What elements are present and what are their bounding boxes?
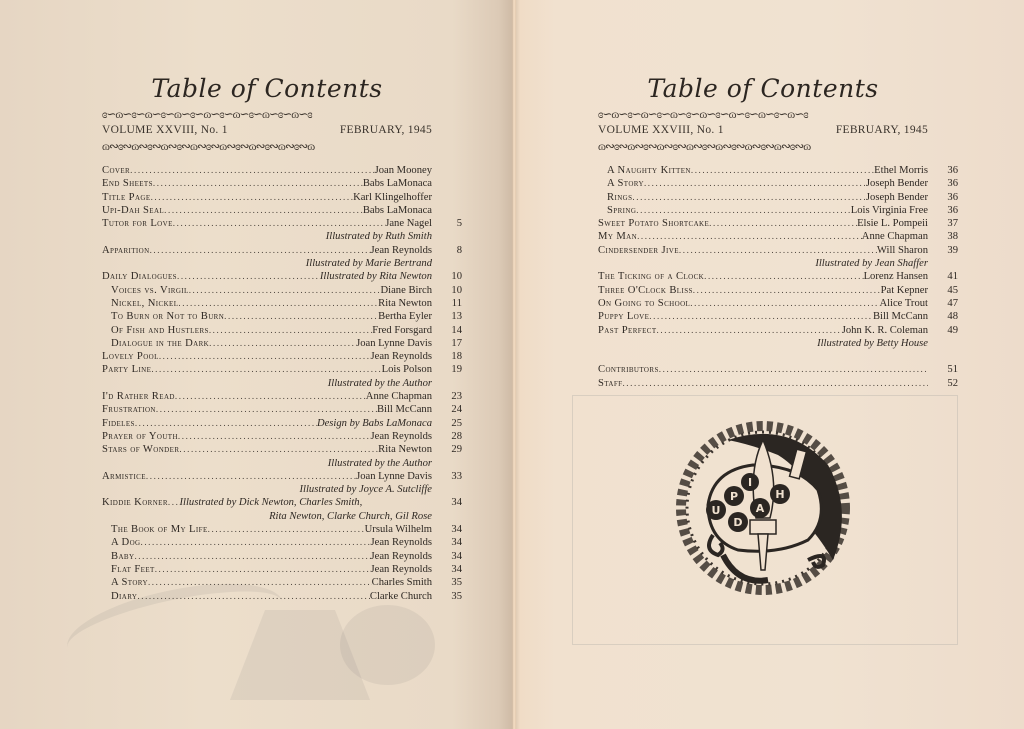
entry-title: A Story: [102, 576, 148, 589]
entry-title: My Man: [598, 230, 637, 243]
page-number: 47: [932, 297, 958, 310]
page-number: 19: [436, 363, 462, 376]
table-of-contents-right: Table of Contents ɞ∽ɷ∽ɞ∽ɷ∽ɞ∽ɷ∽ɞ∽ɷ∽ɞ∽ɷ∽ɞ∽…: [598, 72, 928, 390]
entry-title: To Burn or Not to Burn: [102, 310, 224, 323]
svg-text:P: P: [730, 490, 738, 503]
toc-entry[interactable]: Tutor for Love..........................…: [102, 217, 432, 230]
entry-author: Lorenz Hansen: [864, 270, 928, 283]
page-number: 5: [436, 217, 462, 230]
dot-leader: ........................................…: [224, 310, 378, 323]
entry-author: Jean Reynolds: [371, 550, 433, 563]
entry-title: Upi-Dah Seal: [102, 204, 164, 217]
entry-title: Apparition: [102, 244, 150, 257]
entry-title: Lovely Pool: [102, 350, 159, 363]
toc-entry[interactable]: A Story.................................…: [598, 177, 928, 190]
toc-entry[interactable]: Baby....................................…: [102, 550, 432, 563]
illustration-credit: Illustrated by the Author: [102, 457, 432, 470]
entry-title: A Dog: [102, 536, 140, 549]
page-number: 25: [436, 417, 462, 430]
page-number: 18: [436, 350, 462, 363]
issue-date: FEBRUARY, 1945: [340, 122, 432, 138]
toc-entry[interactable]: A Naughty Kitten........................…: [598, 164, 928, 177]
page-number: 8: [436, 244, 462, 257]
dot-leader: ........................................…: [693, 284, 881, 297]
toc-entry[interactable]: I'd Rather Read.........................…: [102, 390, 432, 403]
masthead: VOLUME XXVIII, No. 1 FEBRUARY, 1945: [598, 122, 928, 138]
ornament-divider-top: ɞ∽ɷ∽ɞ∽ɷ∽ɞ∽ɷ∽ɞ∽ɷ∽ɞ∽ɷ∽ɞ∽ɷ∽ɞ∽ɷ∽ɞ: [102, 108, 432, 120]
entry-author: Joan Lynne Davis: [356, 337, 432, 350]
entry-author: Jean Reynolds: [371, 430, 433, 443]
toc-entry[interactable]: To Burn or Not to Burn..................…: [102, 310, 432, 323]
entry-title: Cover: [102, 164, 130, 177]
toc-entry[interactable]: Stars of Wonder.........................…: [102, 443, 432, 456]
entry-author: Ursula Wilhelm: [365, 523, 432, 536]
dot-leader: ........................................…: [159, 350, 371, 363]
page-number: 24: [436, 403, 462, 416]
toc-entry[interactable]: Contributors............................…: [598, 363, 928, 376]
credit-text: Illustrated by the Author: [328, 377, 432, 390]
ornament-divider-bottom: ɷ∾ɞ∾ɷ∾ɞ∾ɷ∾ɞ∾ɷ∾ɞ∾ɷ∾ɞ∾ɷ∾ɞ∾ɷ∾ɞ∾ɷ: [102, 140, 432, 152]
page-number: 14: [436, 324, 462, 337]
entry-title: Armistice: [102, 470, 146, 483]
page-number: 36: [932, 191, 958, 204]
entry-title: The Book of My Life: [102, 523, 208, 536]
dot-leader: ........................................…: [679, 244, 877, 257]
entry-title: Of Fish and Hustlers: [102, 324, 209, 337]
credit-text: Illustrated by Jean Shaffer: [815, 257, 928, 270]
toc-entry[interactable]: Lovely Pool.............................…: [102, 350, 432, 363]
dot-leader: ........................................…: [709, 217, 857, 230]
credit-text: Illustrated by the Author: [328, 457, 432, 470]
dot-leader: ........................................…: [135, 417, 317, 430]
page-number: 13: [436, 310, 462, 323]
entry-title: Spring: [598, 204, 636, 217]
entry-title: Party Line: [102, 363, 151, 376]
entry-title: Voices vs. Virgil: [102, 284, 189, 297]
toc-entry[interactable]: Frustration.............................…: [102, 403, 432, 416]
page-number: 52: [932, 377, 958, 390]
entry-title: Tutor for Love: [102, 217, 173, 230]
dot-leader: ........................................…: [175, 390, 366, 403]
entry-author: Lois Virginia Free: [851, 204, 928, 217]
svg-text:D: D: [733, 516, 742, 529]
page-number: 34: [436, 536, 462, 549]
page-number: 36: [932, 164, 958, 177]
entry-title: Puppy Love: [598, 310, 649, 323]
entry-title: Kiddie Korner: [102, 496, 168, 509]
toc-entry[interactable]: Title Page..............................…: [102, 191, 432, 204]
dot-leader: ...: [168, 496, 180, 509]
page-number: 10: [436, 270, 462, 283]
dot-leader: ........................................…: [637, 230, 862, 243]
dot-leader: ........................................…: [153, 177, 363, 190]
page-number: 34: [436, 496, 462, 509]
entry-title: A Naughty Kitten: [598, 164, 691, 177]
entry-title: Frustration: [102, 403, 156, 416]
volume-label: VOLUME XXVIII, No. 1: [598, 122, 724, 138]
page-number: 10: [436, 284, 462, 297]
dot-leader: ........................................…: [649, 310, 873, 323]
dot-leader: ........................................…: [130, 164, 374, 177]
toc-entry[interactable]: A Dog...................................…: [102, 536, 432, 549]
page-number: 28: [436, 430, 462, 443]
dot-leader: ........................................…: [148, 576, 372, 589]
entry-author: Diane Birch: [381, 284, 432, 297]
entry-author: Joan Mooney: [375, 164, 432, 177]
dot-leader: ........................................…: [632, 191, 866, 204]
page-number: 29: [436, 443, 462, 456]
entry-title: I'd Rather Read: [102, 390, 175, 403]
entry-title: Baby: [102, 550, 134, 563]
entry-title: Diary: [102, 590, 137, 603]
page-number: 38: [932, 230, 958, 243]
dot-leader: ........................................…: [134, 550, 370, 563]
entry-author: Babs LaMonaca: [363, 177, 432, 190]
dot-leader: ........................................…: [156, 403, 377, 416]
dot-leader: ........................................…: [140, 536, 370, 549]
entry-author: Bill McCann: [377, 403, 432, 416]
entry-title: Cindersender Jive: [598, 244, 679, 257]
page-number: 34: [436, 550, 462, 563]
page-number: 49: [932, 324, 958, 337]
entry-author: Bill McCann: [873, 310, 928, 323]
entry-author: Jean Reynolds: [371, 536, 433, 549]
svg-text:I: I: [748, 476, 752, 489]
page-number: 36: [932, 204, 958, 217]
dot-leader: ........................................…: [636, 204, 850, 217]
svg-text:A: A: [756, 502, 765, 515]
toc-entry[interactable]: On Going to School......................…: [598, 297, 928, 310]
dot-leader: ........................................…: [150, 244, 371, 257]
page-title: Table of Contents: [102, 72, 432, 106]
entry-author: Rita Newton: [378, 443, 432, 456]
entry-author: Jean Reynolds: [371, 563, 433, 576]
entry-title: The Ticking of a Clock: [598, 270, 704, 283]
toc-entry[interactable]: Sweet Potato Shortcake..................…: [598, 217, 928, 230]
page-number: 34: [436, 563, 462, 576]
toc-entry[interactable]: Party Line..............................…: [102, 363, 432, 376]
ornament-divider-bottom: ɷ∾ɞ∾ɷ∾ɞ∾ɷ∾ɞ∾ɷ∾ɞ∾ɷ∾ɞ∾ɷ∾ɞ∾ɷ∾ɞ∾ɷ: [598, 140, 928, 152]
dot-leader: ........................................…: [691, 164, 874, 177]
dot-leader: ........................................…: [178, 297, 378, 310]
page-number: 45: [932, 284, 958, 297]
dot-leader: ........................................…: [657, 324, 842, 337]
toc-entry[interactable]: Dialogue in the Dark....................…: [102, 337, 432, 350]
illustration-credit: Illustrated by the Author: [102, 377, 432, 390]
toc-entry[interactable]: Spring..................................…: [598, 204, 928, 217]
entry-author: Elsie L. Pompeii: [857, 217, 928, 230]
toc-entries: A Naughty Kitten........................…: [598, 164, 928, 390]
entry-title: Sweet Potato Shortcake: [598, 217, 709, 230]
entry-author: Jean Reynolds: [371, 244, 433, 257]
toc-entry[interactable]: Nickel, Nickel..........................…: [102, 297, 432, 310]
dot-leader: ........................................…: [178, 430, 371, 443]
entry-title: Fideles: [102, 417, 135, 430]
dot-leader: ........................................…: [164, 204, 363, 217]
dot-leader: ........................................…: [151, 191, 354, 204]
book-spine: [512, 0, 516, 729]
page-number: 37: [932, 217, 958, 230]
page-number: 11: [436, 297, 462, 310]
page-title: Table of Contents: [598, 72, 928, 106]
entry-author: Clarke Church: [370, 590, 432, 603]
table-of-contents-left: Table of Contents ɞ∽ɷ∽ɞ∽ɷ∽ɞ∽ɷ∽ɞ∽ɷ∽ɞ∽ɷ∽ɞ∽…: [102, 72, 432, 603]
entry-title: Daily Dialogues: [102, 270, 177, 283]
dot-leader: ........................................…: [179, 443, 378, 456]
entry-author: Bertha Eyler: [378, 310, 432, 323]
entry-author: Joseph Bender: [866, 191, 928, 204]
entry-title: Flat Feet: [102, 563, 155, 576]
entry-author: Pat Kepner: [881, 284, 928, 297]
entry-author: Ethel Morris: [874, 164, 928, 177]
entry-author: Joan Lynne Davis: [356, 470, 432, 483]
entry-title: Contributors: [598, 363, 659, 376]
entry-author: Anne Chapman: [862, 230, 928, 243]
entry-author: Anne Chapman: [366, 390, 432, 403]
toc-entry[interactable]: Prayer of Youth.........................…: [102, 430, 432, 443]
illustration-credit: Illustrated by Jean Shaffer: [598, 257, 928, 270]
svg-text:H: H: [775, 488, 784, 501]
entry-author: Illustrated by Dick Newton, Charles Smit…: [179, 496, 362, 509]
dot-leader: ........................................…: [146, 470, 356, 483]
toc-spacer: [598, 350, 928, 363]
toc-entry[interactable]: End Sheets..............................…: [102, 177, 432, 190]
entry-author: Will Sharon: [877, 244, 928, 257]
toc-entry[interactable]: Puppy Love..............................…: [598, 310, 928, 323]
illustration-credit: Illustrated by Joyce A. Sutcliffe: [102, 483, 432, 496]
entry-title: Rings: [598, 191, 632, 204]
toc-entry[interactable]: Kiddie Korner...Illustrated by Dick Newt…: [102, 496, 432, 509]
toc-entry[interactable]: Fideles.................................…: [102, 417, 432, 430]
dot-leader: ........................................…: [137, 590, 370, 603]
dot-leader: ........................................…: [209, 324, 372, 337]
entry-title: Stars of Wonder: [102, 443, 179, 456]
illustration-credit: Illustrated by Ruth Smith: [102, 230, 432, 243]
masthead: VOLUME XXVIII, No. 1 FEBRUARY, 1945: [102, 122, 432, 138]
toc-entry[interactable]: Daily Dialogues.........................…: [102, 270, 432, 283]
toc-entries: Cover...................................…: [102, 164, 432, 603]
page-number: 36: [932, 177, 958, 190]
toc-entry[interactable]: Staff...................................…: [598, 377, 928, 390]
page-number: 39: [932, 244, 958, 257]
entry-author: Jean Reynolds: [371, 350, 433, 363]
dot-leader: ........................................…: [189, 284, 381, 297]
toc-entry[interactable]: A Story.................................…: [102, 576, 432, 589]
volume-label: VOLUME XXVIII, No. 1: [102, 122, 228, 138]
dot-leader: ........................................…: [622, 377, 928, 390]
entry-title: Three O'Clock Bliss: [598, 284, 693, 297]
dot-leader: ........................................…: [151, 363, 381, 376]
upi-dah-seal-icon: U P I D A H: [668, 410, 858, 605]
entry-author: Rita Newton: [378, 297, 432, 310]
dot-leader: ........................................…: [208, 523, 365, 536]
entry-title: Prayer of Youth: [102, 430, 178, 443]
credit-text: Rita Newton, Clarke Church, Gil Rose: [269, 510, 432, 523]
credit-text: Illustrated by Betty House: [817, 337, 928, 350]
entry-author: Illustrated by Rita Newton: [320, 270, 432, 283]
entry-author: Design by Babs LaMonaca: [317, 417, 432, 430]
credit-text: Illustrated by Joyce A. Sutcliffe: [300, 483, 432, 496]
toc-entry[interactable]: Voices vs. Virgil.......................…: [102, 284, 432, 297]
page-number: 34: [436, 523, 462, 536]
illustration-credit: Illustrated by Marie Bertrand: [102, 257, 432, 270]
entry-author: Fred Forsgard: [372, 324, 432, 337]
dot-leader: ........................................…: [690, 297, 879, 310]
entry-author: John K. R. Coleman: [842, 324, 928, 337]
entry-author: Babs LaMonaca: [363, 204, 432, 217]
credit-text: Illustrated by Marie Bertrand: [306, 257, 432, 270]
entry-title: On Going to School: [598, 297, 690, 310]
toc-entry[interactable]: Three O'Clock Bliss.....................…: [598, 284, 928, 297]
toc-entry[interactable]: Diary...................................…: [102, 590, 432, 603]
page-number: 23: [436, 390, 462, 403]
toc-entry[interactable]: My Man..................................…: [598, 230, 928, 243]
dot-leader: ........................................…: [659, 363, 928, 376]
dot-leader: ........................................…: [209, 337, 356, 350]
entry-title: Staff: [598, 377, 622, 390]
svg-text:U: U: [712, 504, 721, 517]
toc-entry[interactable]: Of Fish and Hustlers....................…: [102, 324, 432, 337]
entry-title: End Sheets: [102, 177, 153, 190]
dot-leader: ........................................…: [644, 177, 866, 190]
entry-author: Lois Polson: [382, 363, 432, 376]
toc-entry[interactable]: Past Perfect............................…: [598, 324, 928, 337]
page-number: 48: [932, 310, 958, 323]
toc-entry[interactable]: Cindersender Jive.......................…: [598, 244, 928, 257]
ornament-divider-top: ɞ∽ɷ∽ɞ∽ɷ∽ɞ∽ɷ∽ɞ∽ɷ∽ɞ∽ɷ∽ɞ∽ɷ∽ɞ∽ɷ∽ɞ: [598, 108, 928, 120]
toc-entry[interactable]: Flat Feet...............................…: [102, 563, 432, 576]
illustration-credit: Illustrated by Betty House: [598, 337, 928, 350]
toc-entry[interactable]: Armistice...............................…: [102, 470, 432, 483]
dot-leader: ........................................…: [704, 270, 863, 283]
page-number: 35: [436, 590, 462, 603]
page-number: 41: [932, 270, 958, 283]
entry-author: Jane Nagel: [385, 217, 432, 230]
page-number: 35: [436, 576, 462, 589]
bleed-through-illustration: [340, 605, 435, 685]
toc-entry[interactable]: The Book of My Life.....................…: [102, 523, 432, 536]
entry-author: Joseph Bender: [866, 177, 928, 190]
toc-entry[interactable]: Apparition..............................…: [102, 244, 432, 257]
entry-title: Dialogue in the Dark: [102, 337, 209, 350]
toc-entry[interactable]: Upi-Dah Seal............................…: [102, 204, 432, 217]
page-number: 51: [932, 363, 958, 376]
toc-entry[interactable]: The Ticking of a Clock..................…: [598, 270, 928, 283]
toc-entry[interactable]: Cover...................................…: [102, 164, 432, 177]
issue-date: FEBRUARY, 1945: [836, 122, 928, 138]
dot-leader: ........................................…: [177, 270, 320, 283]
entry-author: Karl Klingelhoffer: [353, 191, 432, 204]
entry-title: Nickel, Nickel: [102, 297, 178, 310]
illustration-credit: Rita Newton, Clarke Church, Gil Rose: [102, 510, 432, 523]
entry-title: Title Page: [102, 191, 151, 204]
dot-leader: ........................................…: [173, 217, 385, 230]
entry-author: Alice Trout: [879, 297, 928, 310]
toc-entry[interactable]: Rings...................................…: [598, 191, 928, 204]
entry-author: Charles Smith: [372, 576, 432, 589]
dot-leader: ........................................…: [155, 563, 371, 576]
entry-title: A Story: [598, 177, 644, 190]
entry-title: Past Perfect: [598, 324, 657, 337]
page-number: 17: [436, 337, 462, 350]
page-number: 33: [436, 470, 462, 483]
credit-text: Illustrated by Ruth Smith: [326, 230, 432, 243]
